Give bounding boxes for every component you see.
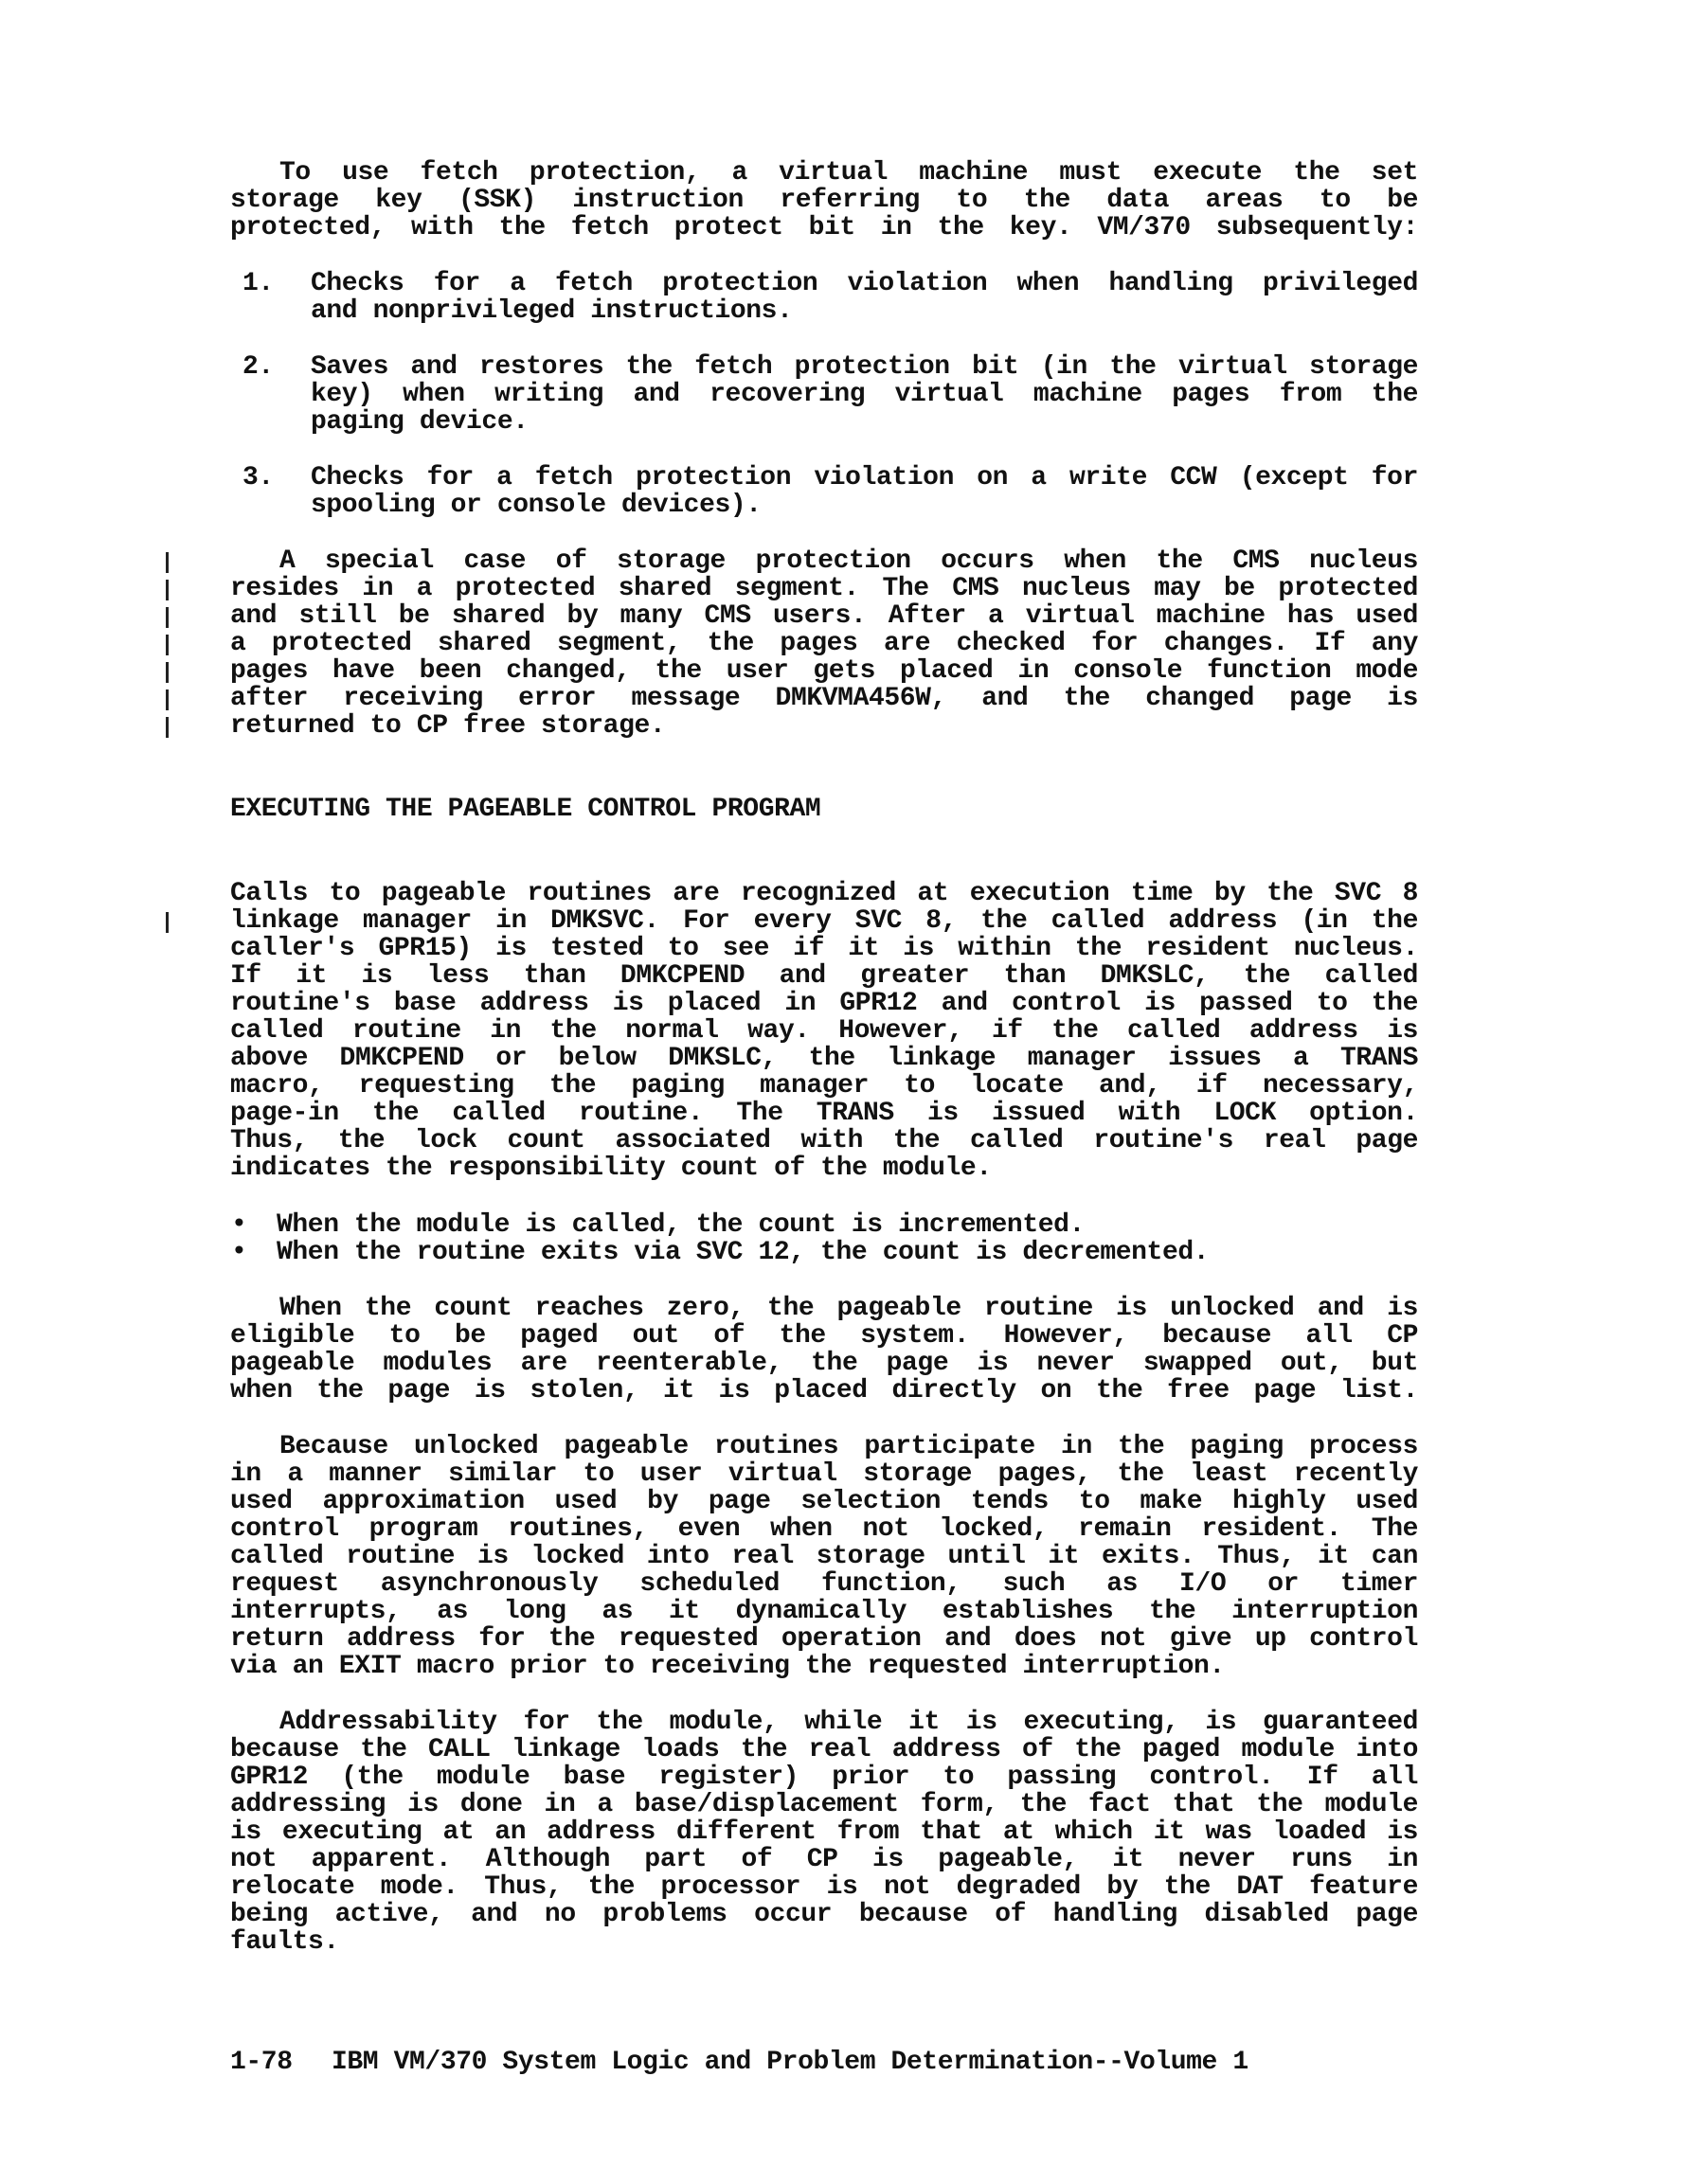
list-item-number: 2. [242,353,280,382]
paragraph-3-line: Thus, the lock count associated with the… [230,1127,1418,1155]
paragraph-5-line: via an EXIT macro prior to receiving the… [230,1653,1418,1681]
paragraph-2-line: A special case of storage protection occ… [230,547,1418,576]
paragraph-3-line: page-in the called routine. The TRANS is… [230,1100,1418,1128]
footer-title: IBM VM/370 System Logic and Problem Dete… [332,2049,1326,2077]
paragraph-3-line: indicates the responsibility count of th… [230,1155,1418,1183]
paragraph-5-line: interrupts, as long as it dynamically es… [230,1598,1418,1626]
bullet-icon: • [231,1239,260,1267]
paragraph-3-line: macro, requesting the paging manager to … [230,1072,1418,1101]
revision-bar [166,635,169,655]
paragraph-5-line: used approximation used by page selectio… [230,1488,1418,1516]
paragraph-4-line: When the count reaches zero, the pageabl… [230,1295,1418,1323]
paragraph-6-line: faults. [230,1928,1418,1957]
list-item-line: Checks for a fetch protection violation … [311,464,1418,492]
paragraph-5-line: return address for the requested operati… [230,1625,1418,1654]
paragraph-2-line: pages have been changed, the user gets p… [230,657,1418,686]
paragraph-6-line: being active, and no problems occur beca… [230,1901,1418,1929]
list-item-line: and nonprivileged instructions. [311,297,1418,326]
paragraph-1-line: To use fetch protection, a virtual machi… [230,159,1418,188]
paragraph-5-line: called routine is locked into real stora… [230,1543,1418,1571]
paragraph-6-line: addressing is done in a base/displacemen… [230,1791,1418,1819]
revision-bar [166,580,169,600]
document-page: To use fetch protection, a virtual machi… [0,0,1688,2184]
bullet-icon: • [231,1211,260,1240]
revision-bar [166,689,169,710]
paragraph-1-line: storage key (SSK) instruction referring … [230,187,1418,215]
paragraph-2-line: after receiving error message DMKVMA456W… [230,685,1418,713]
paragraph-1-line: protected, with the fetch protect bit in… [230,214,1418,242]
list-item-line: Checks for a fetch protection violation … [311,270,1418,298]
list-item-line: spooling or console devices). [311,492,1418,520]
paragraph-4-line: pageable modules are reenterable, the pa… [230,1350,1418,1378]
revision-bar [166,607,169,628]
paragraph-2-line: and still be shared by many CMS users. A… [230,602,1418,631]
paragraph-3-line: linkage manager in DMKSVC. For every SVC… [230,907,1418,936]
revision-bar [166,717,169,738]
revision-bar [166,662,169,683]
paragraph-3-line: routine's base address is placed in GPR1… [230,990,1418,1018]
paragraph-2-line: resides in a protected shared segment. T… [230,575,1418,603]
paragraph-3-line: If it is less than DMKCPEND and greater … [230,962,1418,991]
paragraph-6-line: not apparent. Although part of CP is pag… [230,1846,1418,1874]
paragraph-5-line: Because unlocked pageable routines parti… [230,1433,1418,1461]
paragraph-3-line: caller's GPR15) is tested to see if it i… [230,935,1418,963]
paragraph-5-line: control program routines, even when not … [230,1515,1418,1544]
paragraph-6-line: Addressability for the module, while it … [230,1709,1418,1737]
paragraph-2-line: returned to CP free storage. [230,712,1418,741]
paragraph-4-line: eligible to be paged out of the system. … [230,1322,1418,1351]
list-item-line: paging device. [311,408,1418,437]
list-item-number: 1. [242,270,280,298]
list-item-line: key) when writing and recovering virtual… [311,381,1418,409]
section-heading: EXECUTING THE PAGEABLE CONTROL PROGRAM [230,796,1418,824]
paragraph-5-line: in a manner similar to user virtual stor… [230,1460,1418,1489]
list-item-line: Saves and restores the fetch protection … [311,353,1418,382]
page-number: 1-78 [230,2049,344,2077]
paragraph-6-line: because the CALL linkage loads the real … [230,1736,1418,1764]
paragraph-2-line: a protected shared segment, the pages ar… [230,630,1418,658]
bullet-item: When the routine exits via SVC 12, the c… [277,1239,1319,1267]
paragraph-5-line: request asynchronously scheduled functio… [230,1570,1418,1599]
revision-bar [166,912,169,933]
paragraph-3-line: Calls to pageable routines are recognize… [230,880,1418,908]
paragraph-4-line: when the page is stolen, it is placed di… [230,1377,1418,1405]
paragraph-6-line: is executing at an address different fro… [230,1818,1418,1847]
list-item-number: 3. [242,464,280,492]
paragraph-6-line: relocate mode. Thus, the processor is no… [230,1873,1418,1902]
revision-bar [166,552,169,573]
paragraph-3-line: called routine in the normal way. Howeve… [230,1017,1418,1046]
paragraph-3-line: above DMKCPEND or below DMKSLC, the link… [230,1045,1418,1073]
paragraph-6-line: GPR12 (the module base register) prior t… [230,1763,1418,1792]
bullet-item: When the module is called, the count is … [277,1211,1319,1240]
